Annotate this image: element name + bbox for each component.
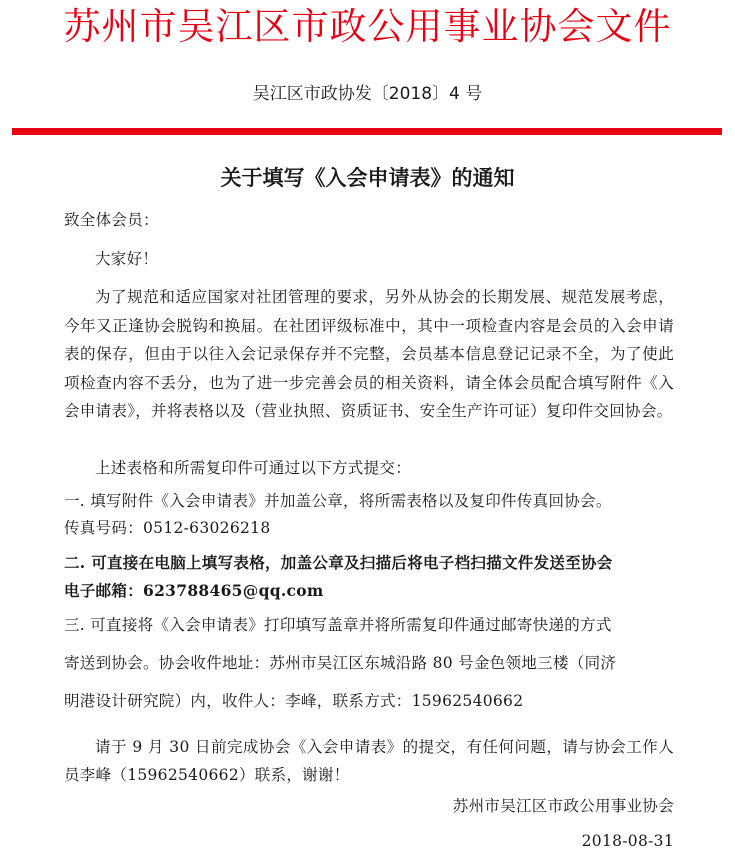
method-1: 一. 填写附件《入会申请表》并加盖公章，将所需表格以及复印件传真回协会。 bbox=[64, 488, 674, 514]
issue-date: 2018-08-31 bbox=[64, 828, 674, 854]
red-divider bbox=[12, 128, 722, 135]
method-3: 三. 可直接将《入会申请表》打印填写盖章并将所需复印件通过邮寄快递的方式 bbox=[64, 612, 674, 638]
greeting: 大家好！ bbox=[64, 246, 674, 272]
contact-info: 明港设计研究院）内，收件人：李峰，联系方式：15962540662 bbox=[64, 688, 674, 714]
signature: 苏州市吴江区市政公用事业协会 bbox=[64, 793, 674, 819]
document-number: 吴江区市政协发〔2018〕4 号 bbox=[0, 82, 735, 106]
org-header-title: 苏州市吴江区市政公用事业协会文件 bbox=[0, 2, 735, 52]
mailing-address: 寄送到协会。协会收件地址：苏州市吴江区东城沿路 80 号金色领地三楼（同济 bbox=[64, 650, 674, 676]
salutation: 致全体会员： bbox=[64, 207, 674, 233]
method-2: 二. 可直接在电脑上填写表格，加盖公章及扫描后将电子档扫描文件发送至协会 bbox=[64, 550, 674, 576]
fax-number: 传真号码：0512-63026218 bbox=[64, 515, 674, 541]
submission-intro: 上述表格和所需复印件可通过以下方式提交： bbox=[64, 455, 674, 481]
notice-title: 关于填写《入会申请表》的通知 bbox=[0, 163, 735, 193]
paragraph-main: 为了规范和适应国家对社团管理的要求，另外从协会的长期发展、规范发展考虑，今年又正… bbox=[64, 283, 674, 426]
email-address: 电子邮箱：623788465@qq.com bbox=[64, 578, 674, 604]
closing-paragraph: 请于 9 月 30 日前完成协会《入会申请表》的提交，有任何问题，请与协会工作人… bbox=[64, 733, 674, 789]
